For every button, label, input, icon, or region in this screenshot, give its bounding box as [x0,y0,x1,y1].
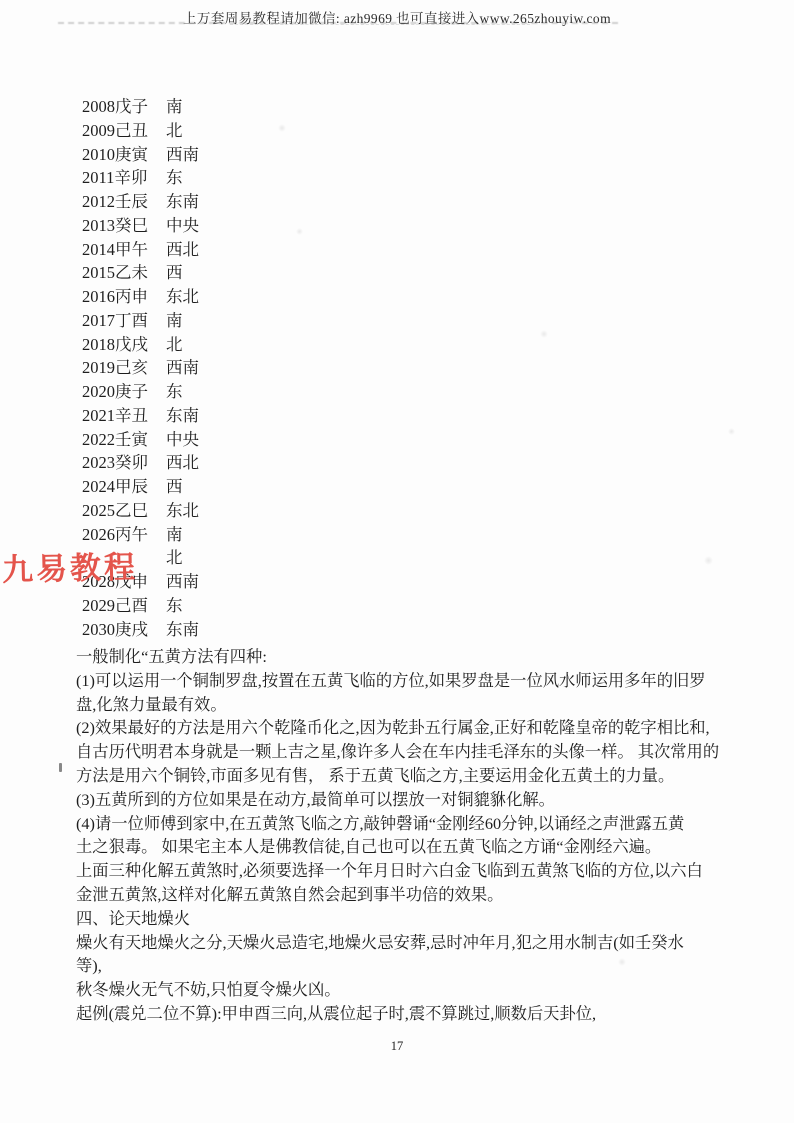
direction-cell: 东北 [166,499,199,523]
table-row: 2012壬辰东南 [82,190,199,214]
direction-cell: 中央 [166,428,199,452]
table-row: 2021辛丑东南 [82,404,199,428]
body-line: 上面三种化解五黄煞时,必须要选择一个年月日时六白金飞临到五黄煞飞临的方位,以六白 [76,859,756,883]
body-line: (4)请一位师傅到家中,在五黄煞飞临之方,敲钟磬诵“金刚经60分钟,以诵经之声泄… [76,812,756,836]
year-ganzhi-cell: 2022壬寅 [82,428,166,452]
direction-cell: 西 [166,475,183,499]
scan-speck [704,556,713,565]
table-row: 2024甲辰西 [82,475,199,499]
year-ganzhi-cell: 2025乙巳 [82,499,166,523]
year-ganzhi-cell: 2019己亥 [82,356,166,380]
year-ganzhi-cell: 2029己酉 [82,594,166,618]
table-row: 2010庚寅西南 [82,143,199,167]
body-line: 四、论天地燥火 [76,907,756,931]
year-ganzhi-cell: 2018戊戌 [82,333,166,357]
direction-cell: 南 [166,523,183,547]
direction-cell: 西北 [166,238,199,262]
document-page: 上万套周易教程请加微信: azh9969 也可直接进入www.265zhouyi… [0,0,794,1123]
direction-cell: 北 [166,333,183,357]
body-line: 燥火有天地燥火之分,天燥火忌造宅,地燥火忌安葬,忌时冲年月,犯之用水制吉(如壬癸… [76,931,756,955]
scan-speck [296,228,303,235]
year-ganzhi-cell: 2030庚戌 [82,618,166,642]
year-ganzhi-cell: 2016丙申 [82,285,166,309]
table-row: 2023癸卯西北 [82,451,199,475]
scan-speck [278,124,286,132]
direction-cell: 东南 [166,190,199,214]
direction-cell: 中央 [166,214,199,238]
year-ganzhi-cell: 2009己丑 [82,119,166,143]
direction-cell: 北 [166,546,183,570]
table-row: 2020庚子东 [82,380,199,404]
body-line: 起例(震兑二位不算):甲申酉三向,从震位起子时,震不算跳过,顺数后天卦位, [76,1002,756,1026]
direction-cell: 西南 [166,356,199,380]
body-line: 盘,化煞力量最有效。 [76,693,756,717]
table-row: 2019己亥西南 [82,356,199,380]
table-row: 2011辛卯东 [82,166,199,190]
table-row: 2022壬寅中央 [82,428,199,452]
table-row: 2025乙巳东北 [82,499,199,523]
year-ganzhi-cell: 2015乙未 [82,261,166,285]
scan-edge-mark [59,763,62,772]
direction-cell: 北 [166,119,183,143]
body-line: 一般制化“五黄方法有四种: [76,645,756,669]
body-line: (2)效果最好的方法是用六个乾隆币化之,因为乾卦五行属金,正好和乾隆皇帝的乾字相… [76,716,756,740]
direction-cell: 东北 [166,285,199,309]
year-ganzhi-cell: 2010庚寅 [82,143,166,167]
year-ganzhi-cell: 2011辛卯 [82,166,166,190]
table-row: 2008戊子南 [82,95,199,119]
scan-speck [540,330,548,338]
year-ganzhi-cell: 2023癸卯 [82,451,166,475]
direction-cell: 西北 [166,451,199,475]
direction-cell: 西 [166,261,183,285]
body-line: 自古历代明君本身就是一颗上吉之星,像许多人会在车内挂毛泽东的头像一样。 其次常用… [76,740,756,764]
body-line: 金泄五黄煞,这样对化解五黄煞自然会起到事半功倍的效果。 [76,883,756,907]
table-row: 2018戊戌北 [82,333,199,357]
page-number: 17 [0,1039,794,1054]
body-line: (3)五黄所到的方位如果是在动方,最简单可以摆放一对铜貔貅化解。 [76,788,756,812]
body-text: 一般制化“五黄方法有四种:(1)可以运用一个铜制罗盘,按置在五黄飞临的方位,如果… [76,645,756,1026]
direction-cell: 南 [166,95,183,119]
year-ganzhi-cell: 2014甲午 [82,238,166,262]
table-row: 2017丁酉南 [82,309,199,333]
body-line: (1)可以运用一个铜制罗盘,按置在五黄飞临的方位,如果罗盘是一位风水师运用多年的… [76,669,756,693]
year-ganzhi-cell: 2020庚子 [82,380,166,404]
body-line: 方法是用六个铜铃,市面多见有售， 系于五黄飞临之方,主要运用金化五黄土的力量。 [76,764,756,788]
year-ganzhi-cell: 2021辛丑 [82,404,166,428]
table-row: 2014甲午西北 [82,238,199,262]
direction-cell: 东 [166,166,183,190]
body-line: 等), [76,954,756,978]
year-ganzhi-cell: 2024甲辰 [82,475,166,499]
scan-speck [618,958,626,966]
year-ganzhi-cell: 2008戊子 [82,95,166,119]
direction-cell: 东 [166,380,183,404]
year-ganzhi-cell: 2013癸巳 [82,214,166,238]
table-row: 2013癸巳中央 [82,214,199,238]
table-row: 2009己丑北 [82,119,199,143]
direction-cell: 南 [166,309,183,333]
year-ganzhi-cell: 2012壬辰 [82,190,166,214]
body-line: 土之狠毒。 如果宅主本人是佛教信徒,自己也可以在五黄飞临之方诵“金刚经六遍。 [76,835,756,859]
direction-cell: 东南 [166,618,199,642]
table-row: 2030庚戌东南 [82,618,199,642]
watermark: 九易教程 [2,541,139,589]
year-ganzhi-cell: 2017丁酉 [82,309,166,333]
scan-artifact-line [230,24,530,25]
table-row: 2029己酉东 [82,594,199,618]
direction-cell: 西南 [166,570,199,594]
scan-speck [728,428,735,435]
table-row: 2015乙未西 [82,261,199,285]
direction-cell: 东 [166,594,183,618]
direction-cell: 西南 [166,143,199,167]
table-row: 2016丙申东北 [82,285,199,309]
direction-cell: 东南 [166,404,199,428]
body-line: 秋冬燥火无气不妨,只怕夏令燥火凶。 [76,978,756,1002]
